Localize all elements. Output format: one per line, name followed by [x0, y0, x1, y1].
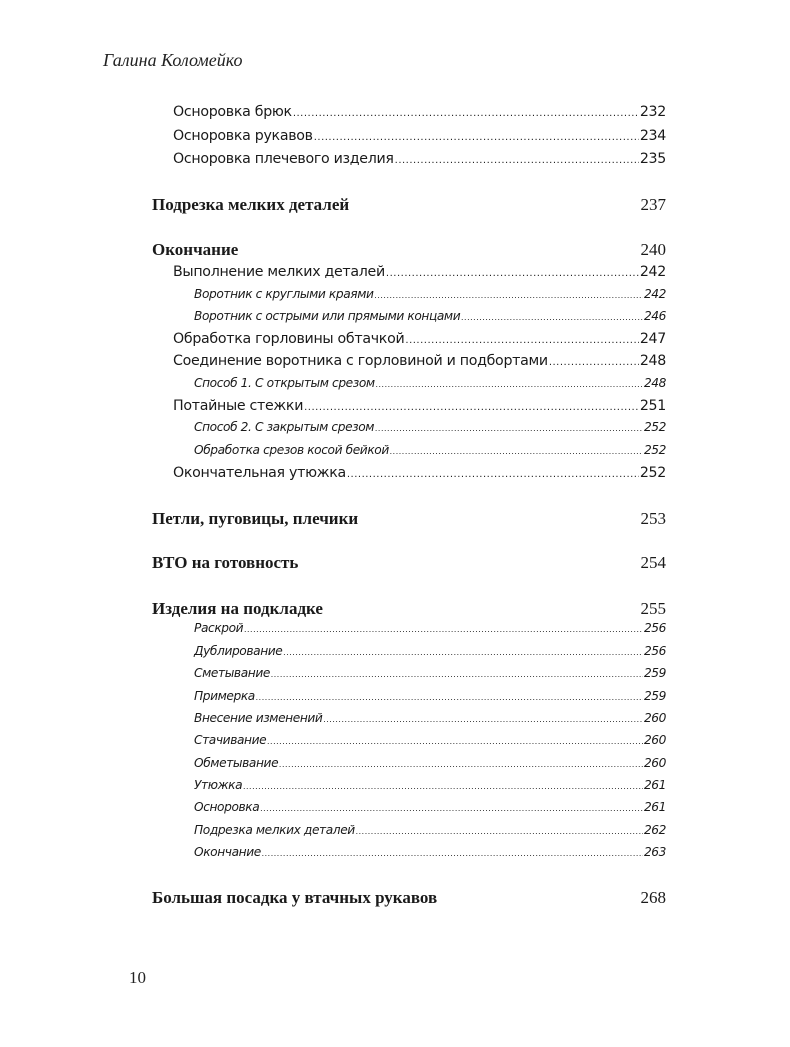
toc-entry-title: Воротник с острыми или прямыми концами — [194, 309, 460, 323]
toc-section: Осноровка брюк232 — [173, 104, 666, 120]
toc-entry-title: Изделия на подкладке — [152, 599, 323, 619]
toc-section: Соединение воротника с горловиной и подб… — [173, 353, 666, 369]
toc-entry-title: Подрезка мелких деталей — [152, 195, 349, 215]
toc-entry-page: 268 — [641, 888, 667, 908]
toc-entry-title: Осноровка — [194, 800, 259, 814]
toc-subsection: Способ 2. С закрытым срезом252 — [194, 420, 666, 434]
dot-leader — [390, 443, 643, 457]
toc-entry-page: 261 — [644, 800, 666, 814]
toc-subsection: Воротник с острыми или прямыми концами24… — [194, 309, 666, 323]
toc-subsection: Утюжка261 — [194, 778, 666, 792]
toc-subsection: Воротник с круглыми краями242 — [194, 287, 666, 301]
toc-entry-title: Выполнение мелких деталей — [173, 264, 385, 280]
toc-entry-page: 262 — [644, 823, 666, 837]
dot-leader — [356, 823, 643, 837]
toc-entry-title: Обработка горловины обтачкой — [173, 331, 404, 347]
dot-leader — [314, 128, 639, 144]
toc-entry-page: 248 — [644, 376, 666, 390]
dot-leader — [395, 151, 639, 167]
toc-section: Выполнение мелких деталей242 — [173, 264, 666, 280]
toc-chapter: Большая посадка у втачных рукавов268 — [152, 888, 666, 908]
toc-entry-title: Петли, пуговицы, плечики — [152, 509, 358, 529]
toc-entry-page: 253 — [641, 509, 667, 529]
dot-leader — [405, 331, 638, 347]
dot-leader — [376, 376, 643, 390]
toc-entry-page: 259 — [644, 689, 666, 703]
dot-leader — [375, 420, 643, 434]
dot-leader — [256, 689, 643, 703]
toc-subsection: Дублирование256 — [194, 644, 666, 658]
toc-entry-page: 246 — [644, 309, 666, 323]
toc-subsection: Подрезка мелких деталей262 — [194, 823, 666, 837]
dot-leader — [375, 287, 643, 301]
toc-entry-title: ВТО на готовность — [152, 553, 298, 573]
dot-leader — [244, 621, 643, 635]
toc-entry-title: Раскрой — [194, 621, 243, 635]
toc-entry-title: Обработка срезов косой бейкой — [194, 443, 389, 457]
toc-entry-title: Способ 1. С открытым срезом — [194, 376, 375, 390]
toc-entry-title: Осноровка брюк — [173, 104, 292, 120]
toc-entry-title: Подрезка мелких деталей — [194, 823, 355, 837]
toc-entry-page: 255 — [641, 599, 667, 619]
toc-chapter: Подрезка мелких деталей237 — [152, 195, 666, 215]
dot-leader — [267, 733, 643, 747]
toc-section: Осноровка плечевого изделия235 — [173, 151, 666, 167]
toc-entry-title: Способ 2. С закрытым срезом — [194, 420, 374, 434]
toc-entry-page: 260 — [644, 756, 666, 770]
toc-entry-title: Большая посадка у втачных рукавов — [152, 888, 437, 908]
toc-entry-title: Соединение воротника с горловиной и подб… — [173, 353, 548, 369]
toc-entry-page: 256 — [644, 644, 666, 658]
toc-entry-page: 260 — [644, 733, 666, 747]
toc-entry-title: Осноровка плечевого изделия — [173, 151, 394, 167]
toc-subsection: Примерка259 — [194, 689, 666, 703]
toc-entry-page: 232 — [640, 104, 666, 120]
toc-subsection: Окончание263 — [194, 845, 666, 859]
toc-chapter: ВТО на готовность254 — [152, 553, 666, 573]
toc-subsection: Осноровка261 — [194, 800, 666, 814]
toc-section: Окончательная утюжка252 — [173, 465, 666, 481]
dot-leader — [304, 398, 639, 414]
dot-leader — [549, 353, 639, 369]
toc-entry-page: 254 — [641, 553, 667, 573]
toc-entry-page: 261 — [644, 778, 666, 792]
dot-leader — [262, 845, 643, 859]
toc-entry-title: Осноровка рукавов — [173, 128, 313, 144]
toc-entry-page: 263 — [644, 845, 666, 859]
toc-subsection: Раскрой256 — [194, 621, 666, 635]
dot-leader — [293, 104, 639, 120]
running-header-author: Галина Коломейко — [103, 50, 242, 71]
toc-subsection: Стачивание260 — [194, 733, 666, 747]
toc-entry-title: Обметывание — [194, 756, 278, 770]
dot-leader — [283, 644, 643, 658]
toc-entry-title: Сметывание — [194, 666, 270, 680]
dot-leader — [347, 465, 639, 481]
toc-chapter: Окончание240 — [152, 240, 666, 260]
dot-leader — [323, 711, 642, 725]
toc-entry-title: Дублирование — [194, 644, 282, 658]
toc-entry-page: 235 — [640, 151, 666, 167]
toc-entry-title: Внесение изменений — [194, 711, 322, 725]
toc-entry-page: 248 — [640, 353, 666, 369]
toc-chapter: Петли, пуговицы, плечики253 — [152, 509, 666, 529]
toc-entry-title: Окончание — [152, 240, 238, 260]
toc-entry-title: Примерка — [194, 689, 255, 703]
dot-leader — [260, 800, 643, 814]
page-number: 10 — [129, 968, 146, 988]
toc-entry-page: 240 — [641, 240, 667, 260]
toc-subsection: Внесение изменений260 — [194, 711, 666, 725]
dot-leader — [386, 264, 639, 280]
dot-leader — [243, 778, 643, 792]
dot-leader — [279, 756, 643, 770]
toc-entry-title: Стачивание — [194, 733, 266, 747]
toc-chapter: Изделия на подкладке255 — [152, 599, 666, 619]
toc-entry-page: 247 — [640, 331, 666, 347]
toc-entry-page: 252 — [644, 443, 666, 457]
toc-entry-page: 252 — [644, 420, 666, 434]
toc-entry-page: 251 — [640, 398, 666, 414]
toc-subsection: Обметывание260 — [194, 756, 666, 770]
toc-entry-title: Окончание — [194, 845, 261, 859]
dot-leader — [461, 309, 643, 323]
toc-entry-title: Утюжка — [194, 778, 242, 792]
toc-section: Обработка горловины обтачкой247 — [173, 331, 666, 347]
toc-entry-page: 237 — [641, 195, 667, 215]
toc-subsection: Сметывание259 — [194, 666, 666, 680]
toc-subsection: Способ 1. С открытым срезом248 — [194, 376, 666, 390]
toc-subsection: Обработка срезов косой бейкой252 — [194, 443, 666, 457]
toc-entry-title: Воротник с круглыми краями — [194, 287, 374, 301]
toc-entry-page: 242 — [644, 287, 666, 301]
dot-leader — [271, 666, 643, 680]
toc-entry-title: Потайные стежки — [173, 398, 303, 414]
toc-entry-page: 256 — [644, 621, 666, 635]
toc-entry-page: 242 — [640, 264, 666, 280]
toc-entry-page: 260 — [644, 711, 666, 725]
toc-entry-page: 234 — [640, 128, 666, 144]
toc-entry-page: 252 — [640, 465, 666, 481]
toc-section: Потайные стежки251 — [173, 398, 666, 414]
toc-entry-page: 259 — [644, 666, 666, 680]
toc-section: Осноровка рукавов234 — [173, 128, 666, 144]
toc-entry-title: Окончательная утюжка — [173, 465, 346, 481]
